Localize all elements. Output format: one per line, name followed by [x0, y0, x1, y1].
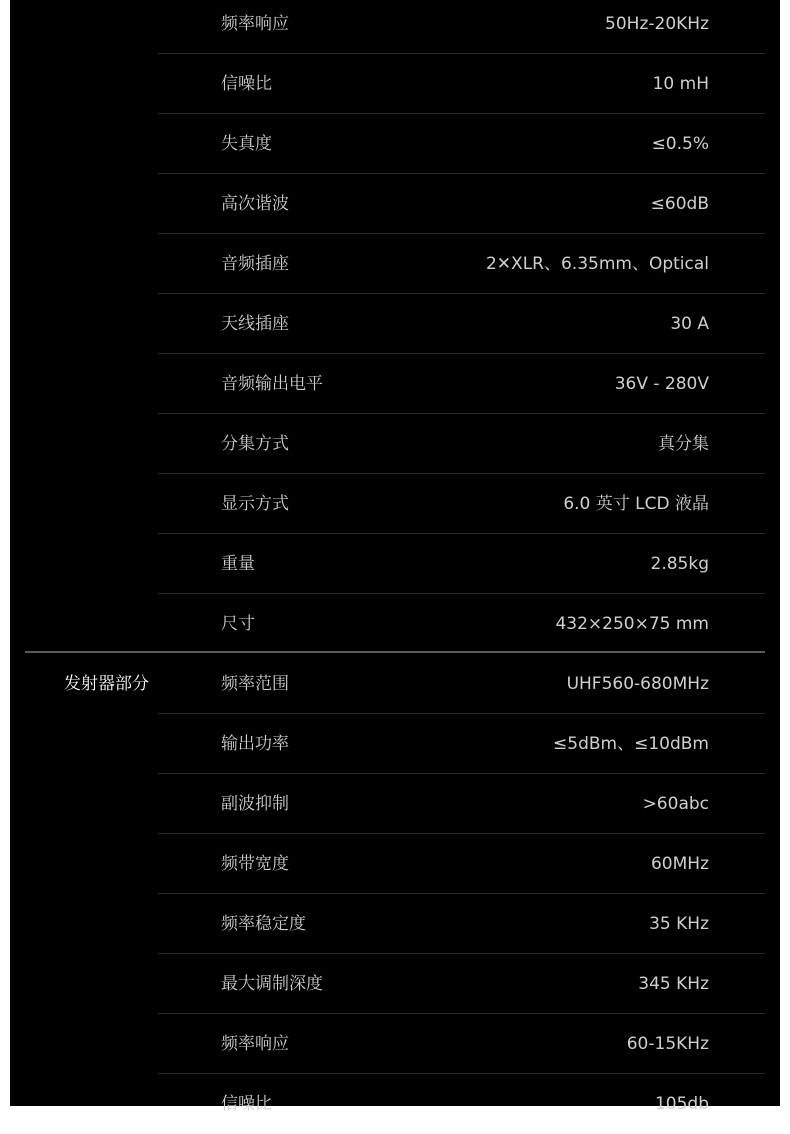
spec-value: ≤60dB — [651, 174, 709, 234]
spec-label: 显示方式 — [221, 474, 289, 534]
spec-row: 副波抑制 >60abc — [158, 774, 765, 834]
section-separator — [25, 651, 765, 653]
spec-label: 信噪比 — [221, 54, 272, 114]
spec-row: 音频插座 2✕XLR、6.35mm、Optical — [158, 234, 765, 294]
spec-label: 频带宽度 — [221, 834, 289, 894]
spec-label: 频率响应 — [221, 0, 289, 54]
spec-value: 2✕XLR、6.35mm、Optical — [486, 234, 709, 294]
spec-value: ≤0.5% — [652, 114, 709, 174]
spec-row: 高次谐波 ≤60dB — [158, 174, 765, 234]
spec-row: 分集方式 真分集 — [158, 414, 765, 474]
spec-value: 6.0 英寸 LCD 液晶 — [563, 474, 709, 534]
spec-row: 最大调制深度 345 KHz — [158, 954, 765, 1014]
spec-row: 显示方式 6.0 英寸 LCD 液晶 — [158, 474, 765, 534]
spec-value: 50Hz-20KHz — [605, 0, 709, 54]
spec-row: 频率稳定度 35 KHz — [158, 894, 765, 954]
spec-value: >60abc — [643, 774, 709, 834]
spec-row: 频率响应 60-15KHz — [158, 1014, 765, 1074]
spec-value: 真分集 — [658, 414, 709, 474]
spec-row: 频带宽度 60MHz — [158, 834, 765, 894]
spec-value: 2.85kg — [651, 534, 710, 594]
spec-row: 失真度 ≤0.5% — [158, 114, 765, 174]
spec-row: 信噪比 10 mH — [158, 54, 765, 114]
spec-label: 输出功率 — [221, 714, 289, 774]
spec-label: 频率范围 — [221, 654, 289, 714]
spec-label: 高次谐波 — [221, 174, 289, 234]
spec-label: 重量 — [221, 534, 255, 594]
spec-row: 音频输出电平 36V - 280V — [158, 354, 765, 414]
spec-value: 36V - 280V — [615, 354, 709, 414]
spec-label: 尺寸 — [221, 594, 255, 654]
spec-label: 分集方式 — [221, 414, 289, 474]
spec-value: 60-15KHz — [627, 1014, 709, 1074]
spec-row: 输出功率 ≤5dBm、≤10dBm — [158, 714, 765, 774]
spec-label: 音频插座 — [221, 234, 289, 294]
spec-label: 音频输出电平 — [221, 354, 323, 414]
spec-value: 345 KHz — [638, 954, 709, 1014]
spec-label: 副波抑制 — [221, 774, 289, 834]
spec-value: 35 KHz — [649, 894, 709, 954]
spec-value: UHF560-680MHz — [567, 654, 709, 714]
spec-value: ≤5dBm、≤10dBm — [553, 714, 709, 774]
section-title: 发射器部分 — [64, 674, 164, 694]
spec-row: 信噪比 105db — [158, 1074, 765, 1106]
spec-sheet: 频率响应 50Hz-20KHz 信噪比 10 mH 失真度 ≤0.5% 高次谐波… — [10, 0, 780, 1106]
spec-row: 重量 2.85kg — [158, 534, 765, 594]
spec-label: 失真度 — [221, 114, 272, 174]
spec-row: 尺寸 432×250×75 mm — [158, 594, 765, 654]
spec-value: 10 mH — [653, 54, 709, 114]
spec-label: 信噪比 — [221, 1074, 272, 1106]
spec-row: 天线插座 30 A — [158, 294, 765, 354]
spec-value: 60MHz — [651, 834, 709, 894]
spec-value: 432×250×75 mm — [555, 594, 709, 654]
spec-row: 频率范围 UHF560-680MHz — [158, 654, 765, 714]
spec-value: 30 A — [670, 294, 709, 354]
spec-row: 频率响应 50Hz-20KHz — [158, 0, 765, 54]
spec-label: 天线插座 — [221, 294, 289, 354]
spec-label: 频率响应 — [221, 1014, 289, 1074]
spec-value: 105db — [655, 1074, 709, 1106]
spec-label: 频率稳定度 — [221, 894, 306, 954]
spec-label: 最大调制深度 — [221, 954, 323, 1014]
